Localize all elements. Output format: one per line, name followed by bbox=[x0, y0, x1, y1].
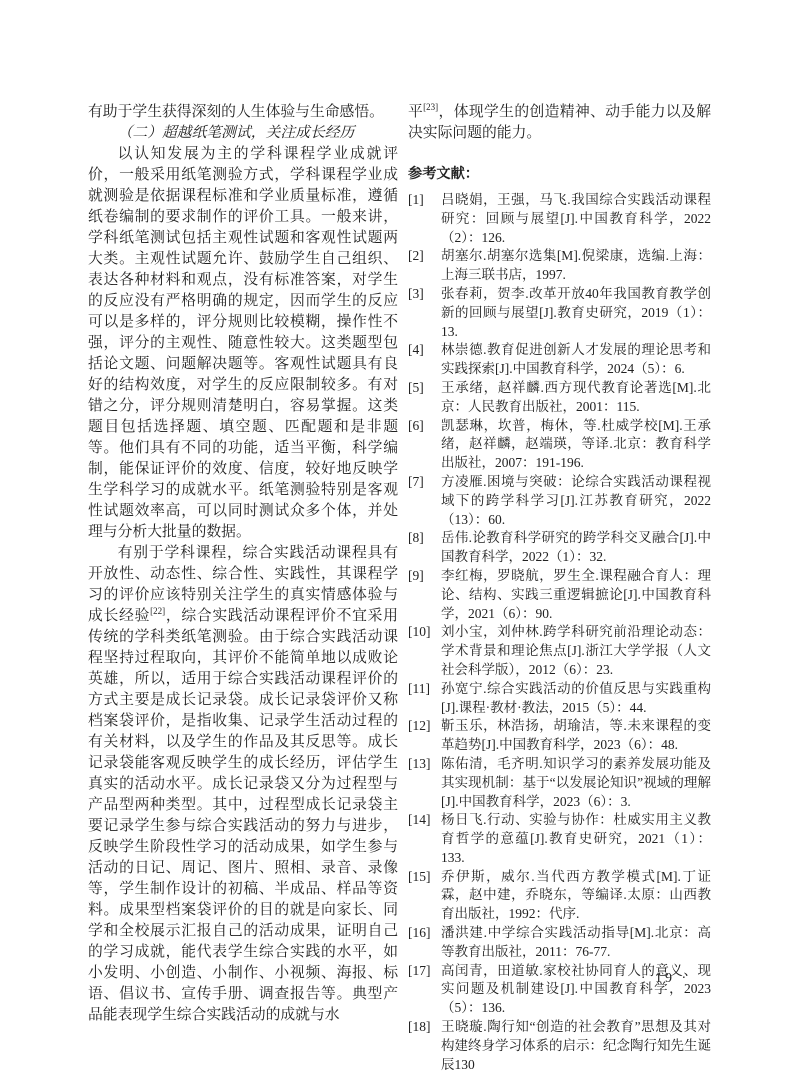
paragraph-continuation: 平[23]，体现学生的创造精神、动手能力以及解决实际问题的能力。 bbox=[408, 102, 711, 144]
reference-item: [1]吕晓娟，王强，马飞.我国综合实践活动课程研究：回顾与展望[J].中国教育科… bbox=[408, 191, 711, 247]
section-heading: （二）超越纸笔测试，关注成长经历 bbox=[88, 123, 398, 144]
reference-item: [14]杨日飞.行动、实验与协作：杜威实用主义教育哲学的意蕴[J].教育史研究，… bbox=[408, 811, 711, 867]
reference-item: [15]乔伊斯，威尔.当代西方教学模式[M].丁证霖，赵中建，乔晓东，等编译.太… bbox=[408, 868, 711, 924]
paragraph-text: ，综合实践活动课程评价不宜采用传统的学科类纸笔测验。由于综合实践活动课程坚持过程… bbox=[88, 608, 398, 1023]
reference-item: [4]林崇德.教育促进创新人才发展的理论思考和实践探索[J].中国教育科学，20… bbox=[408, 341, 711, 379]
reference-number: [12] bbox=[408, 717, 441, 755]
paragraph-text: 平 bbox=[408, 104, 423, 120]
citation-marker: [23] bbox=[423, 102, 438, 112]
reference-item: [7]方凌雁.困境与突破：论综合实践活动课程视域下的跨学科学习[J].江苏教育研… bbox=[408, 473, 711, 529]
reference-number: [7] bbox=[408, 473, 441, 529]
reference-text: 凯瑟琳，坎普，梅休，等.杜威学校[M].王承绪，赵祥麟，赵端瑛，等译.北京：教育… bbox=[441, 417, 711, 473]
reference-item: [12]靳玉乐，林浩扬，胡瑜洁，等.未来课程的变革趋势[J].中国教育科学，20… bbox=[408, 717, 711, 755]
reference-number: [1] bbox=[408, 191, 441, 247]
reference-number: [16] bbox=[408, 924, 441, 962]
reference-item: [8]岳伟.论教育科学研究的跨学科交叉融合[J].中国教育科学，2022（1）：… bbox=[408, 529, 711, 567]
reference-text: 吕晓娟，王强，马飞.我国综合实践活动课程研究：回顾与展望[J].中国教育科学，2… bbox=[441, 191, 711, 247]
references-heading: 参考文献： bbox=[408, 164, 711, 184]
reference-number: [3] bbox=[408, 285, 441, 341]
reference-text: 张春莉，贺李.改革开放40年我国教育教学创新的回顾与展望[J].教育史研究，20… bbox=[441, 285, 711, 341]
reference-text: 潘洪建.中学综合实践活动指导[M].北京：高等教育出版社，2011：76-77. bbox=[441, 924, 711, 962]
body-paragraph: 以认知发展为主的学科课程学业成就评价，一般采用纸笔测验方式，学科课程学业成就测验… bbox=[88, 144, 398, 543]
reference-item: [13]陈佑清，毛齐明.知识学习的素养发展功能及其实现机制：基于“以发展论知识”… bbox=[408, 755, 711, 811]
reference-text: 王承绪，赵祥麟.西方现代教育论著选[M].北京：人民教育出版社，2001：115… bbox=[441, 379, 711, 417]
reference-number: [6] bbox=[408, 417, 441, 473]
reference-number: [10] bbox=[408, 623, 441, 679]
reference-text: 林崇德.教育促进创新人才发展的理论思考和实践探索[J].中国教育科学，2024（… bbox=[441, 341, 711, 379]
reference-number: [8] bbox=[408, 529, 441, 567]
reference-text: 胡塞尔.胡塞尔选集[M].倪梁康，选编.上海：上海三联书店，1997. bbox=[441, 247, 711, 285]
citation-marker: [22] bbox=[150, 606, 165, 616]
reference-item: [5]王承绪，赵祥麟.西方现代教育论著选[M].北京：人民教育出版社，2001：… bbox=[408, 379, 711, 417]
reference-number: [14] bbox=[408, 811, 441, 867]
reference-number: [13] bbox=[408, 755, 441, 811]
left-column: 有助于学生获得深刻的人生体验与生命感悟。 （二）超越纸笔测试，关注成长经历 以认… bbox=[88, 102, 398, 1026]
reference-text: 孙宽宁.综合实践活动的价值反思与实践重构[J].课程·教材·教法，2015（5）… bbox=[441, 680, 711, 718]
reference-number: [2] bbox=[408, 247, 441, 285]
reference-item: [10]刘小宝，刘仲林.跨学科研究前沿理论动态：学术背景和理论焦点[J].浙江大… bbox=[408, 623, 711, 679]
reference-number: [9] bbox=[408, 567, 441, 623]
reference-number: [15] bbox=[408, 868, 441, 924]
reference-number: [4] bbox=[408, 341, 441, 379]
reference-text: 方凌雁.困境与突破：论综合实践活动课程视域下的跨学科学习[J].江苏教育研究，2… bbox=[441, 473, 711, 529]
reference-number: [11] bbox=[408, 680, 441, 718]
reference-number: [17] bbox=[408, 962, 441, 1018]
right-column: 平[23]，体现学生的创造精神、动手能力以及解决实际问题的能力。 参考文献： [… bbox=[408, 102, 711, 1074]
reference-text: 王晓璇.陶行知“创造的社会教育”思想及其对构建终身学习体系的启示：纪念陶行知先生… bbox=[441, 1018, 711, 1074]
reference-item: [9]李红梅，罗晓航，罗生全.课程融合育人：理论、结构、实践三重逻辑摭论[J].… bbox=[408, 567, 711, 623]
reference-text: 靳玉乐，林浩扬，胡瑜洁，等.未来课程的变革趋势[J].中国教育科学，2023（6… bbox=[441, 717, 711, 755]
reference-text: 陈佑清，毛齐明.知识学习的素养发展功能及其实现机制：基于“以发展论知识”视域的理… bbox=[441, 755, 711, 811]
journal-page: 有助于学生获得深刻的人生体验与生命感悟。 （二）超越纸笔测试，关注成长经历 以认… bbox=[0, 0, 800, 1077]
reference-text: 刘小宝，刘仲林.跨学科研究前沿理论动态：学术背景和理论焦点[J].浙江大学学报（… bbox=[441, 623, 711, 679]
reference-item: [2]胡塞尔.胡塞尔选集[M].倪梁康，选编.上海：上海三联书店，1997. bbox=[408, 247, 711, 285]
references-list: [1]吕晓娟，王强，马飞.我国综合实践活动课程研究：回顾与展望[J].中国教育科… bbox=[408, 191, 711, 1074]
reference-item: [3]张春莉，贺李.改革开放40年我国教育教学创新的回顾与展望[J].教育史研究… bbox=[408, 285, 711, 341]
paragraph-text: ，体现学生的创造精神、动手能力以及解决实际问题的能力。 bbox=[408, 104, 711, 141]
body-paragraph: 有别于学科课程，综合实践活动课程具有开放性、动态性、综合性、实践性，其课程学习的… bbox=[88, 543, 398, 1026]
reference-number: [5] bbox=[408, 379, 441, 417]
reference-item: [18]王晓璇.陶行知“创造的社会教育”思想及其对构建终身学习体系的启示：纪念陶… bbox=[408, 1018, 711, 1074]
reference-text: 李红梅，罗晓航，罗生全.课程融合育人：理论、结构、实践三重逻辑摭论[J].中国教… bbox=[441, 567, 711, 623]
reference-item: [6]凯瑟琳，坎普，梅休，等.杜威学校[M].王承绪，赵祥麟，赵端瑛，等译.北京… bbox=[408, 417, 711, 473]
reference-number: [18] bbox=[408, 1018, 441, 1074]
page-number: · 19 · bbox=[600, 971, 730, 987]
reference-text: 乔伊斯，威尔.当代西方教学模式[M].丁证霖，赵中建，乔晓东，等编译.太原：山西… bbox=[441, 868, 711, 924]
reference-text: 岳伟.论教育科学研究的跨学科交叉融合[J].中国教育科学，2022（1）：32. bbox=[441, 529, 711, 567]
reference-item: [11]孙宽宁.综合实践活动的价值反思与实践重构[J].课程·教材·教法，201… bbox=[408, 680, 711, 718]
reference-text: 杨日飞.行动、实验与协作：杜威实用主义教育哲学的意蕴[J].教育史研究，2021… bbox=[441, 811, 711, 867]
reference-item: [16]潘洪建.中学综合实践活动指导[M].北京：高等教育出版社，2011：76… bbox=[408, 924, 711, 962]
paragraph-continuation: 有助于学生获得深刻的人生体验与生命感悟。 bbox=[88, 102, 398, 123]
